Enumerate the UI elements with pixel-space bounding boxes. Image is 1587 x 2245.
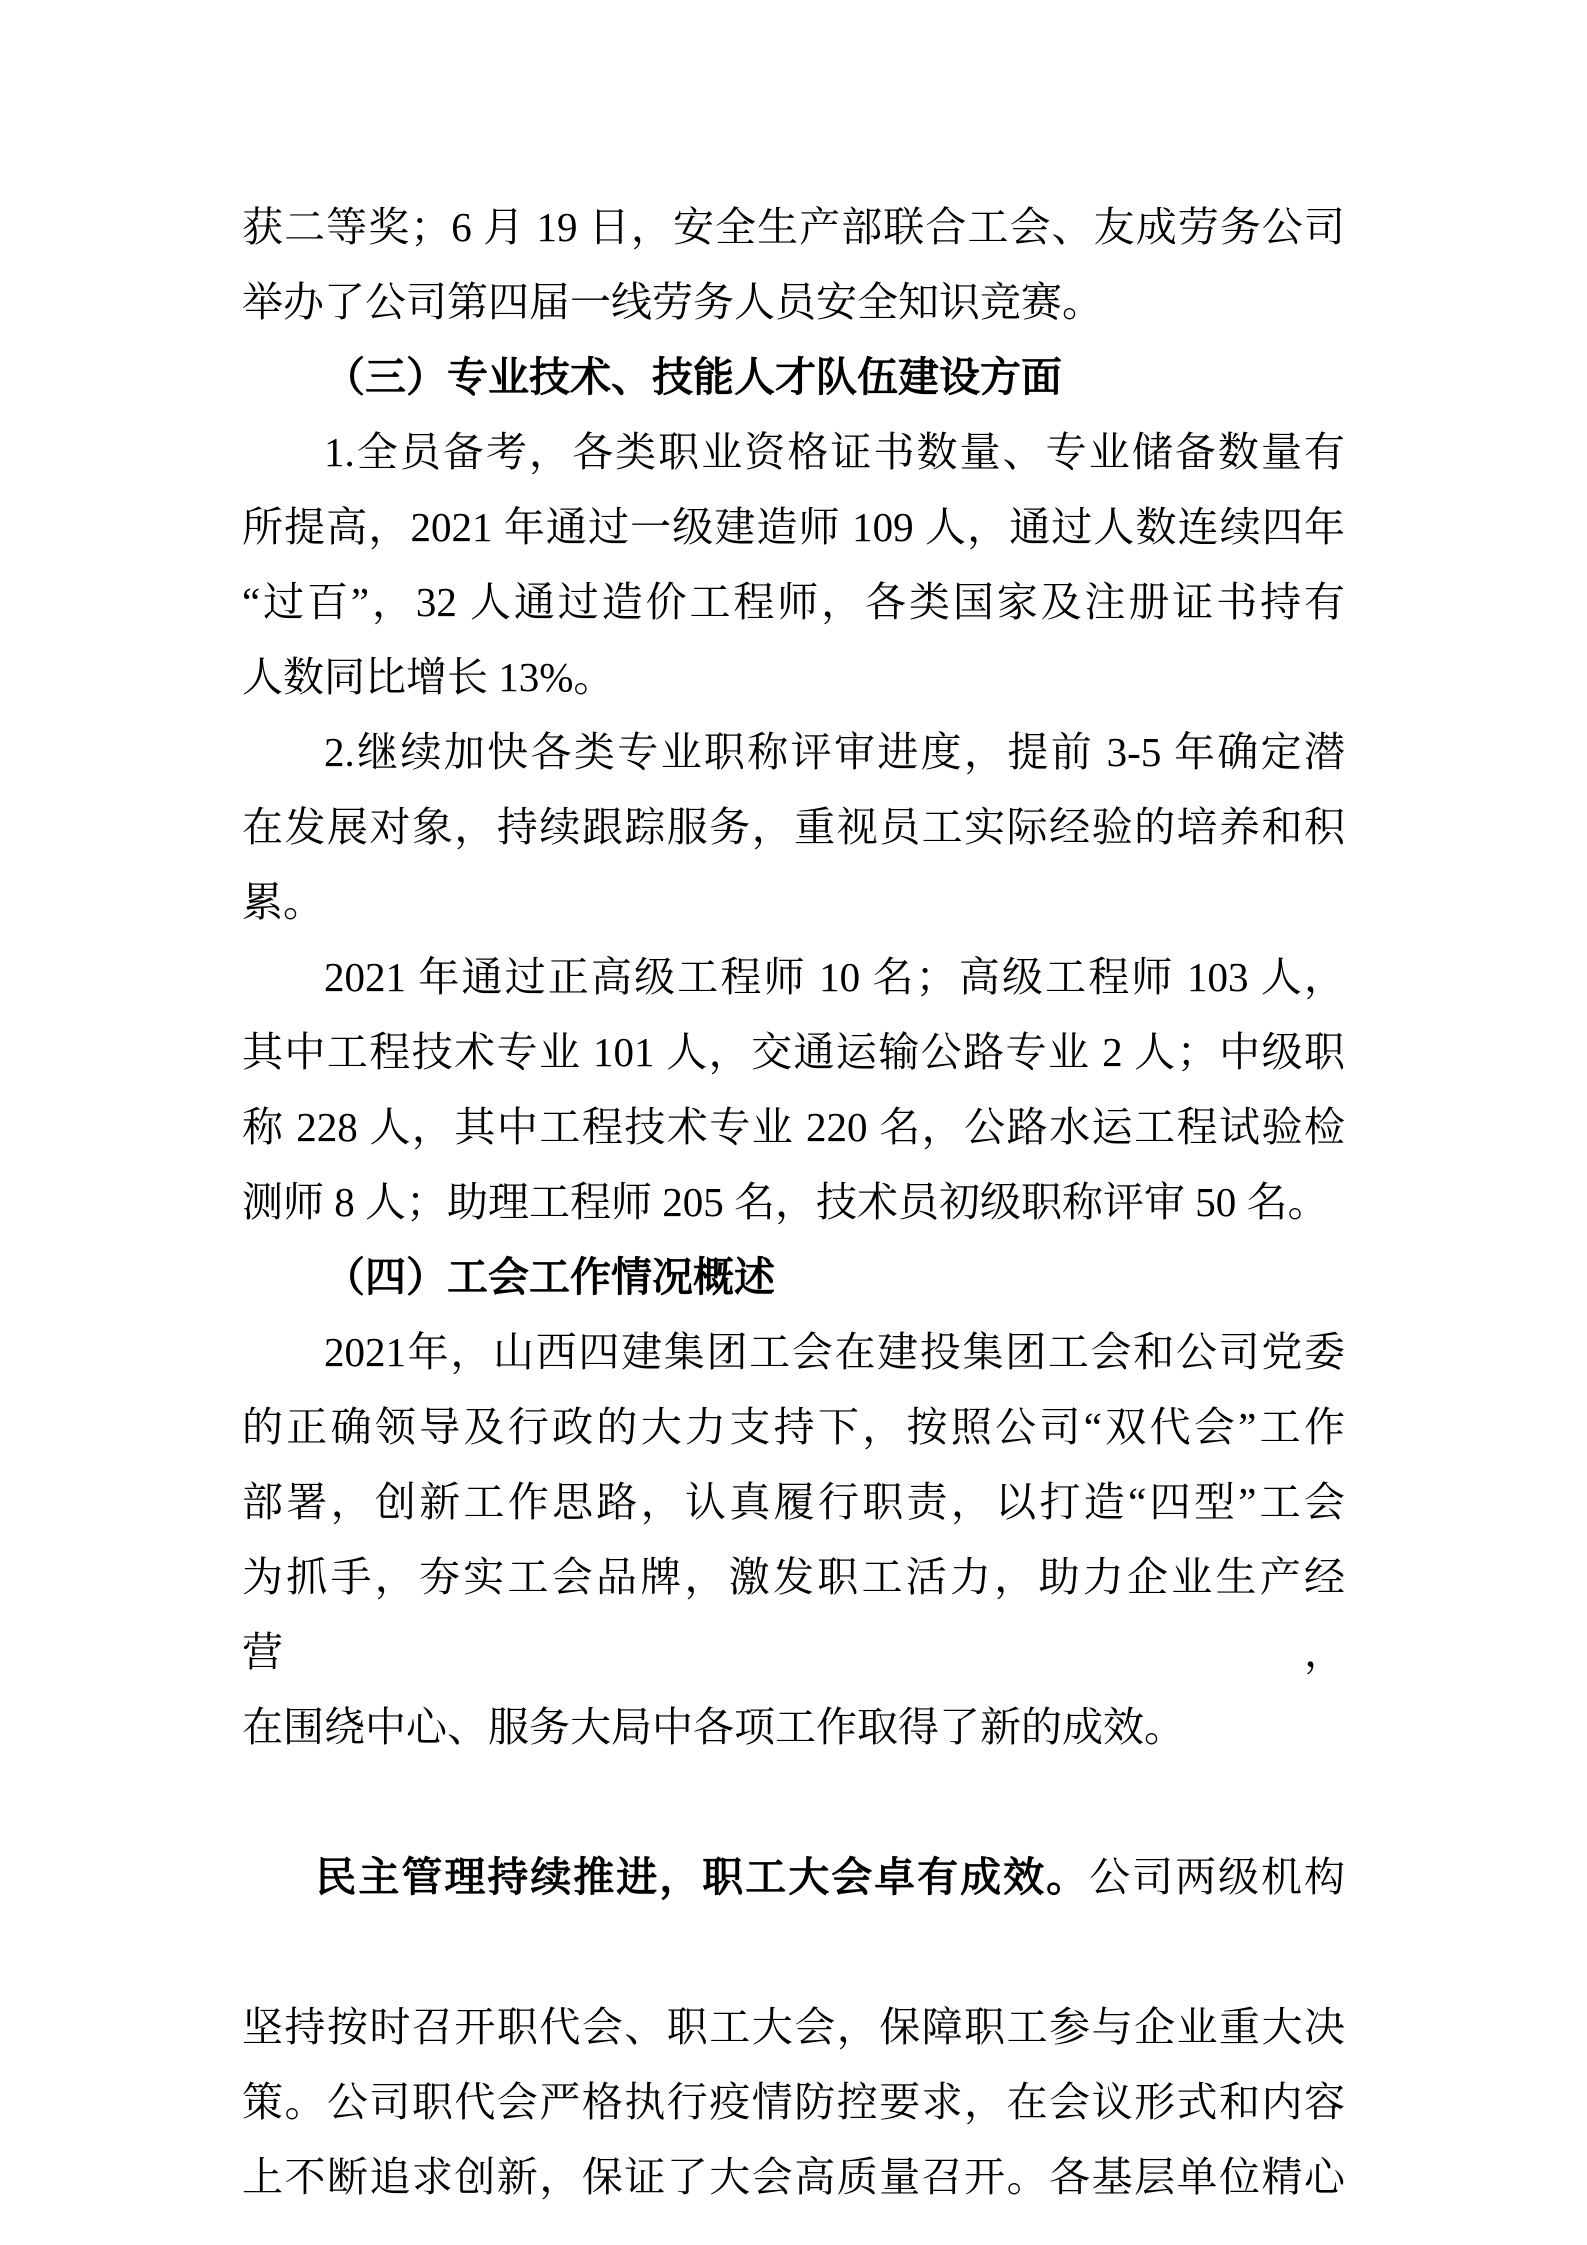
text-run: 公司两级机构 bbox=[1089, 1854, 1345, 1900]
text-line: 所提高，2021 年通过一级建造师 109 人，通过人数连续四年 bbox=[242, 490, 1345, 565]
text-line: 上不断追求创新，保证了大会高质量召开。各基层单位精心 bbox=[242, 2140, 1345, 2215]
text-line: 的正确领导及行政的大力支持下，按照公司“双代会”工作 bbox=[242, 1390, 1345, 1465]
text-line: 1.全员备考，各类职业资格证书数量、专业储备数量有 bbox=[242, 415, 1345, 490]
text-line: 其中工程技术专业 101 人，交通运输公路专业 2 人；中级职 bbox=[242, 1015, 1345, 1090]
text-line: 称 228 人，其中工程技术专业 220 名，公路水运工程试验检 bbox=[242, 1090, 1345, 1165]
text-line: 部署，创新工作思路，认真履行职责，以打造“四型”工会 bbox=[242, 1465, 1345, 1540]
text-line: 为抓手，夯实工会品牌，激发职工活力，助力企业生产经营， bbox=[242, 1540, 1345, 1690]
text-line: 2021 年通过正高级工程师 10 名；高级工程师 103 人， bbox=[242, 940, 1345, 1015]
text-line: 人数同比增长 13%。 bbox=[242, 640, 1345, 715]
text-line: 坚持按时召开职代会、职工大会，保障职工参与企业重大决 bbox=[242, 1990, 1345, 2065]
text-line: 获二等奖；6 月 19 日，安全生产部联合工会、友成劳务公司 bbox=[242, 190, 1345, 265]
text-line: 在发展对象，持续跟踪服务，重视员工实际经验的培养和积 bbox=[242, 790, 1345, 865]
text-line: “过百”，32 人通过造价工程师，各类国家及注册证书持有 bbox=[242, 565, 1345, 640]
text-line: 举办了公司第四届一线劳务人员安全知识竞赛。 bbox=[242, 265, 1345, 340]
text-line: 2021年，山西四建集团工会在建投集团工会和公司党委 bbox=[242, 1315, 1345, 1390]
document-page: 获二等奖；6 月 19 日，安全生产部联合工会、友成劳务公司 举办了公司第四届一… bbox=[0, 0, 1587, 2245]
document-text-block: 获二等奖；6 月 19 日，安全生产部联合工会、友成劳务公司 举办了公司第四届一… bbox=[242, 190, 1345, 2215]
text-line: 累。 bbox=[242, 865, 1345, 940]
section-heading-3: （三）专业技术、技能人才队伍建设方面 bbox=[242, 340, 1345, 415]
text-line: 策。公司职代会严格执行疫情防控要求，在会议形式和内容 bbox=[242, 2065, 1345, 2140]
text-line: 民主管理持续推进，职工大会卓有成效。公司两级机构 bbox=[242, 1765, 1345, 1990]
text-line: 在围绕中心、服务大局中各项工作取得了新的成效。 bbox=[242, 1690, 1345, 1765]
text-line: 2.继续加快各类专业职称评审进度，提前 3-5 年确定潜 bbox=[242, 715, 1345, 790]
section-heading-4: （四）工会工作情况概述 bbox=[242, 1240, 1345, 1315]
text-line: 测师 8 人；助理工程师 205 名，技术员初级职称评审 50 名。 bbox=[242, 1165, 1345, 1240]
emphasized-lead-sentence: 民主管理持续推进，职工大会卓有成效。 bbox=[315, 1854, 1089, 1900]
